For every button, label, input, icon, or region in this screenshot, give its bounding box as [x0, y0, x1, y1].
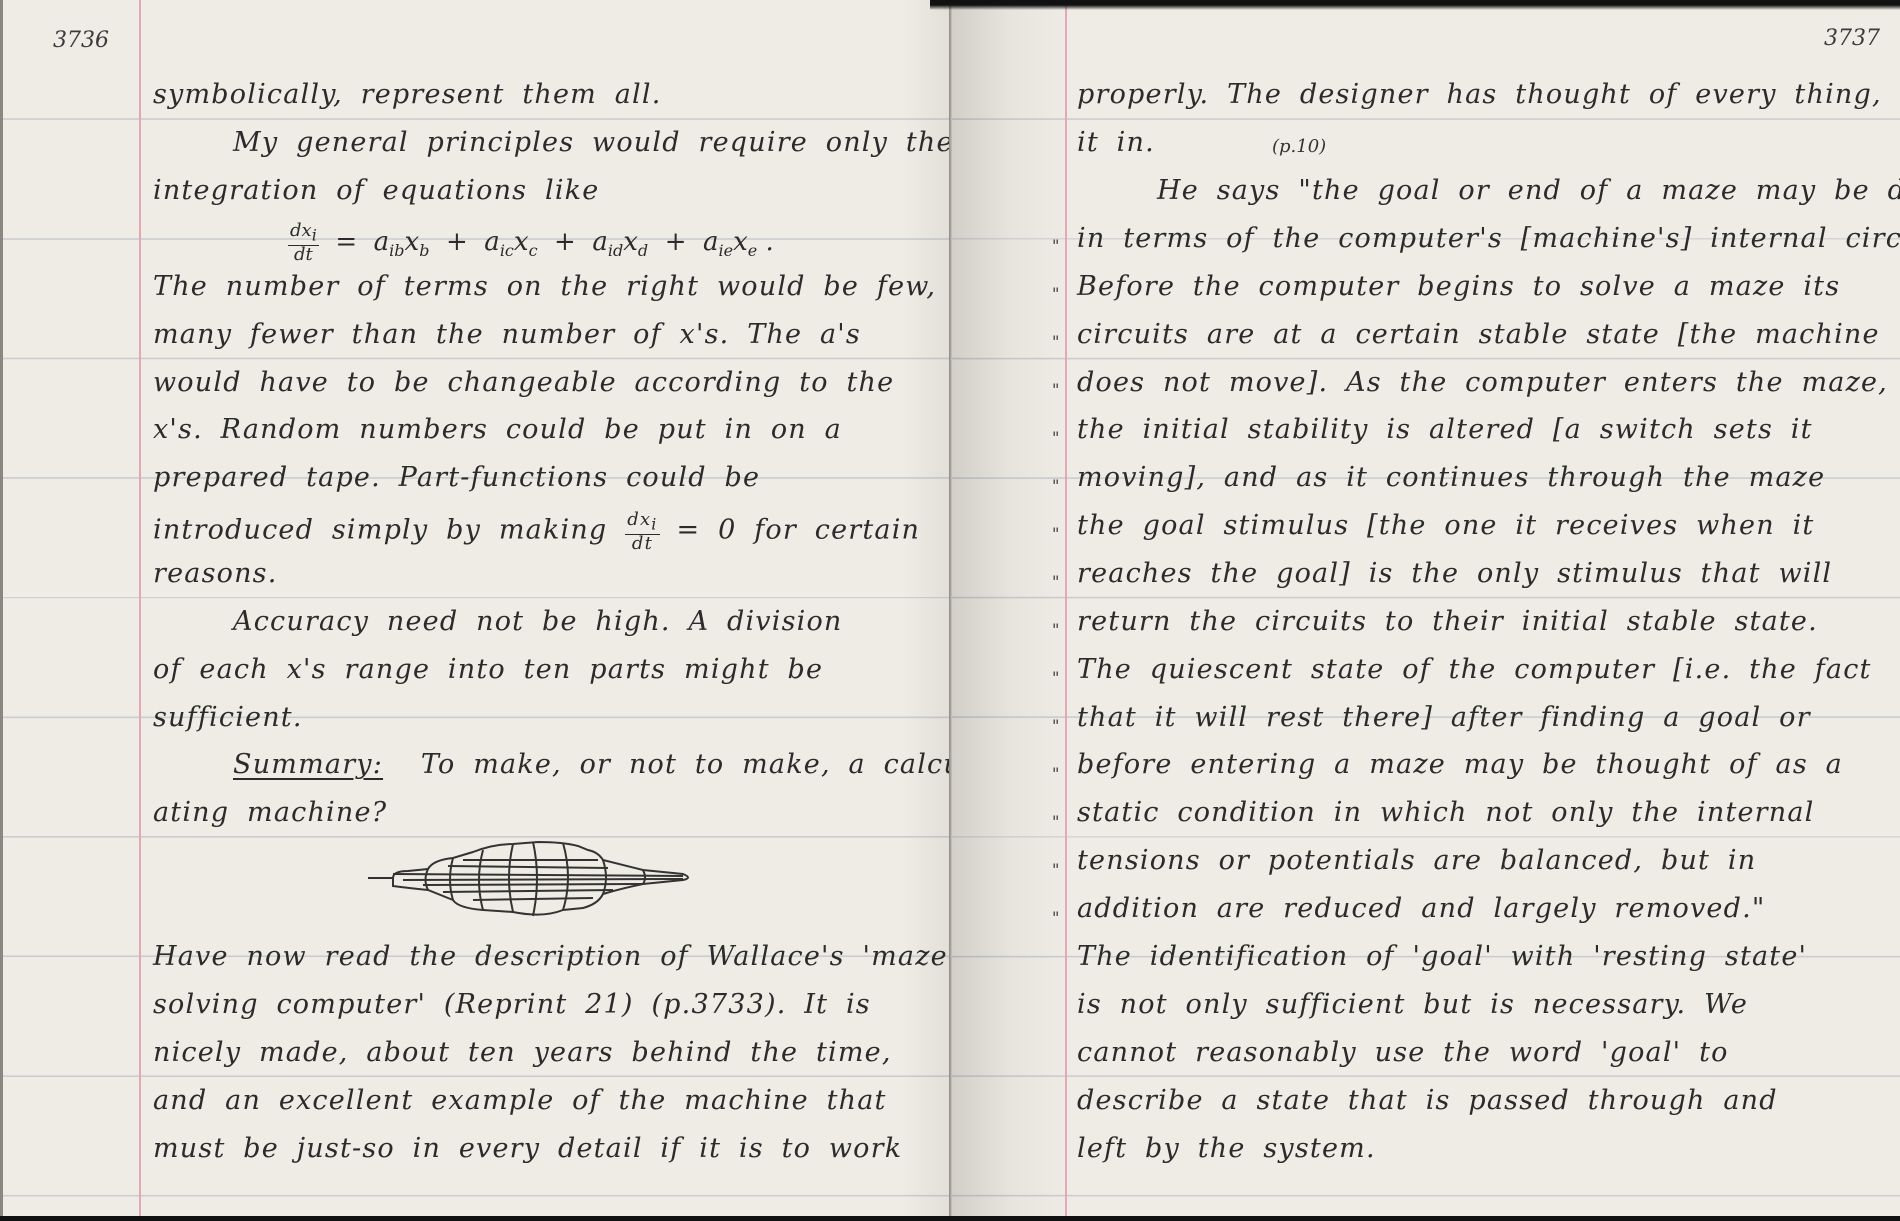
- text-line: Summary: To make, or not to make, a calc…: [233, 750, 950, 780]
- ditto-mark: ": [1052, 572, 1059, 591]
- page-reference: (p.10): [1272, 136, 1326, 157]
- notebook-spread: 3736 symbolically, represent them all. M…: [0, 0, 1900, 1216]
- ditto-mark: ": [1052, 284, 1059, 303]
- text-line: The number of terms on the right would b…: [153, 272, 936, 302]
- ditto-mark: ": [1052, 620, 1059, 639]
- summary-heading: Summary:: [233, 749, 383, 780]
- text-line: Have now read the description of Wallace…: [153, 942, 950, 972]
- text-line: My general principles would require only…: [233, 128, 950, 158]
- margin-line: [139, 0, 141, 1216]
- text-line: does not move]. As the computer enters t…: [1077, 368, 1888, 398]
- inline-derivative: dxidt: [625, 516, 676, 544]
- right-page: 3737 properly. The designer has thought …: [952, 0, 1900, 1216]
- text-line: return the circuits to their initial sta…: [1077, 607, 1818, 637]
- text-line: integration of equations like: [153, 176, 599, 206]
- ditto-mark: ": [1052, 476, 1059, 495]
- text-line: that it will rest there] after finding a…: [1077, 703, 1811, 733]
- eq-numerator: dx: [290, 220, 312, 241]
- text-line: before entering a maze may be thought of…: [1077, 750, 1843, 780]
- text-line: and an excellent example of the machine …: [153, 1086, 887, 1116]
- text-line: describe a state that is passed through …: [1077, 1086, 1778, 1116]
- text-line: Before the computer begins to solve a ma…: [1077, 272, 1840, 302]
- text-line: would have to be changeable according to…: [153, 368, 894, 398]
- text-line: The quiescent state of the computer [i.e…: [1077, 655, 1872, 685]
- text-line: circuits are at a certain stable state […: [1077, 320, 1880, 350]
- text-line: reasons.: [153, 559, 278, 589]
- ditto-mark: ": [1052, 908, 1059, 927]
- ditto-mark: ": [1052, 860, 1059, 879]
- differential-equation: dxi dt = aibxb + aicxc + aidxd + aiexe .: [288, 222, 774, 264]
- text-segment: = 0 for certain: [676, 514, 920, 545]
- page-number: 3737: [1824, 26, 1880, 51]
- eq-denominator: dt: [288, 246, 319, 264]
- text-line: the initial stability is altered [a swit…: [1077, 415, 1813, 445]
- ditto-mark: ": [1052, 812, 1059, 831]
- text-line: in terms of the computer's [machine's] i…: [1077, 224, 1900, 254]
- eq-term: aiexe: [703, 227, 757, 257]
- eq-subscript: i: [312, 226, 317, 245]
- text-line: left by the system.: [1077, 1134, 1376, 1164]
- eq-term: aicxc: [484, 227, 537, 257]
- text-line: nicely made, about ten years behind the …: [153, 1038, 892, 1068]
- text-line: symbolically, represent them all.: [153, 80, 662, 110]
- text-line: sufficient.: [153, 703, 303, 733]
- page-number: 3736: [53, 28, 109, 53]
- text-line: the goal stimulus [the one it receives w…: [1077, 511, 1814, 541]
- ditto-mark: ": [1052, 668, 1059, 687]
- text-line: tensions or potentials are balanced, but…: [1077, 846, 1756, 876]
- ditto-mark: ": [1052, 236, 1059, 255]
- text-line: it in.: [1077, 128, 1155, 158]
- text-segment: To make, or not to make, a calcul-: [401, 749, 950, 780]
- margin-line: [1065, 0, 1067, 1216]
- text-line: moving], and as it continues through the…: [1077, 463, 1825, 493]
- left-page: 3736 symbolically, represent them all. M…: [0, 0, 950, 1216]
- ditto-mark: ": [1052, 428, 1059, 447]
- derivative-fraction: dxi dt: [288, 222, 319, 264]
- bottom-edge: [0, 1216, 1900, 1221]
- text-line: introduced simply by making dxidt = 0 fo…: [153, 511, 920, 553]
- text-line: cannot reasonably use the word 'goal' to: [1077, 1038, 1729, 1068]
- ditto-mark: ": [1052, 380, 1059, 399]
- eq-term: aidxd: [592, 227, 648, 257]
- text-line: properly. The designer has thought of ev…: [1077, 80, 1900, 110]
- text-line: reaches the goal] is the only stimulus t…: [1077, 559, 1832, 589]
- ditto-mark: ": [1052, 716, 1059, 735]
- text-line: The identification of 'goal' with 'resti…: [1077, 942, 1807, 972]
- binding-shadow: [930, 0, 1900, 10]
- text-line: ating machine?: [153, 798, 387, 828]
- ditto-mark: ": [1052, 524, 1059, 543]
- text-line: prepared tape. Part-functions could be: [153, 463, 760, 493]
- text-line: is not only sufficient but is necessary.…: [1077, 990, 1748, 1020]
- text-segment: introduced simply by making: [153, 514, 607, 545]
- text-line: He says "the goal or end of a maze may b…: [1157, 176, 1900, 206]
- eq-term: aibxb: [374, 227, 430, 257]
- text-line: many fewer than the number of x's. The a…: [153, 320, 861, 350]
- ditto-mark: ": [1052, 332, 1059, 351]
- text-line: Accuracy need not be high. A division: [233, 607, 843, 637]
- text-line: solving computer' (Reprint 21) (p.3733).…: [153, 990, 871, 1020]
- ditto-mark: ": [1052, 764, 1059, 783]
- text-line: static condition in which not only the i…: [1077, 798, 1815, 828]
- text-line: must be just-so in every detail if it is…: [153, 1134, 902, 1164]
- text-line: of each x's range into ten parts might b…: [153, 655, 823, 685]
- spindle-sketch-icon: [363, 838, 703, 918]
- text-line: addition are reduced and largely removed…: [1077, 894, 1766, 924]
- text-line: x's. Random numbers could be put in on a: [153, 415, 842, 445]
